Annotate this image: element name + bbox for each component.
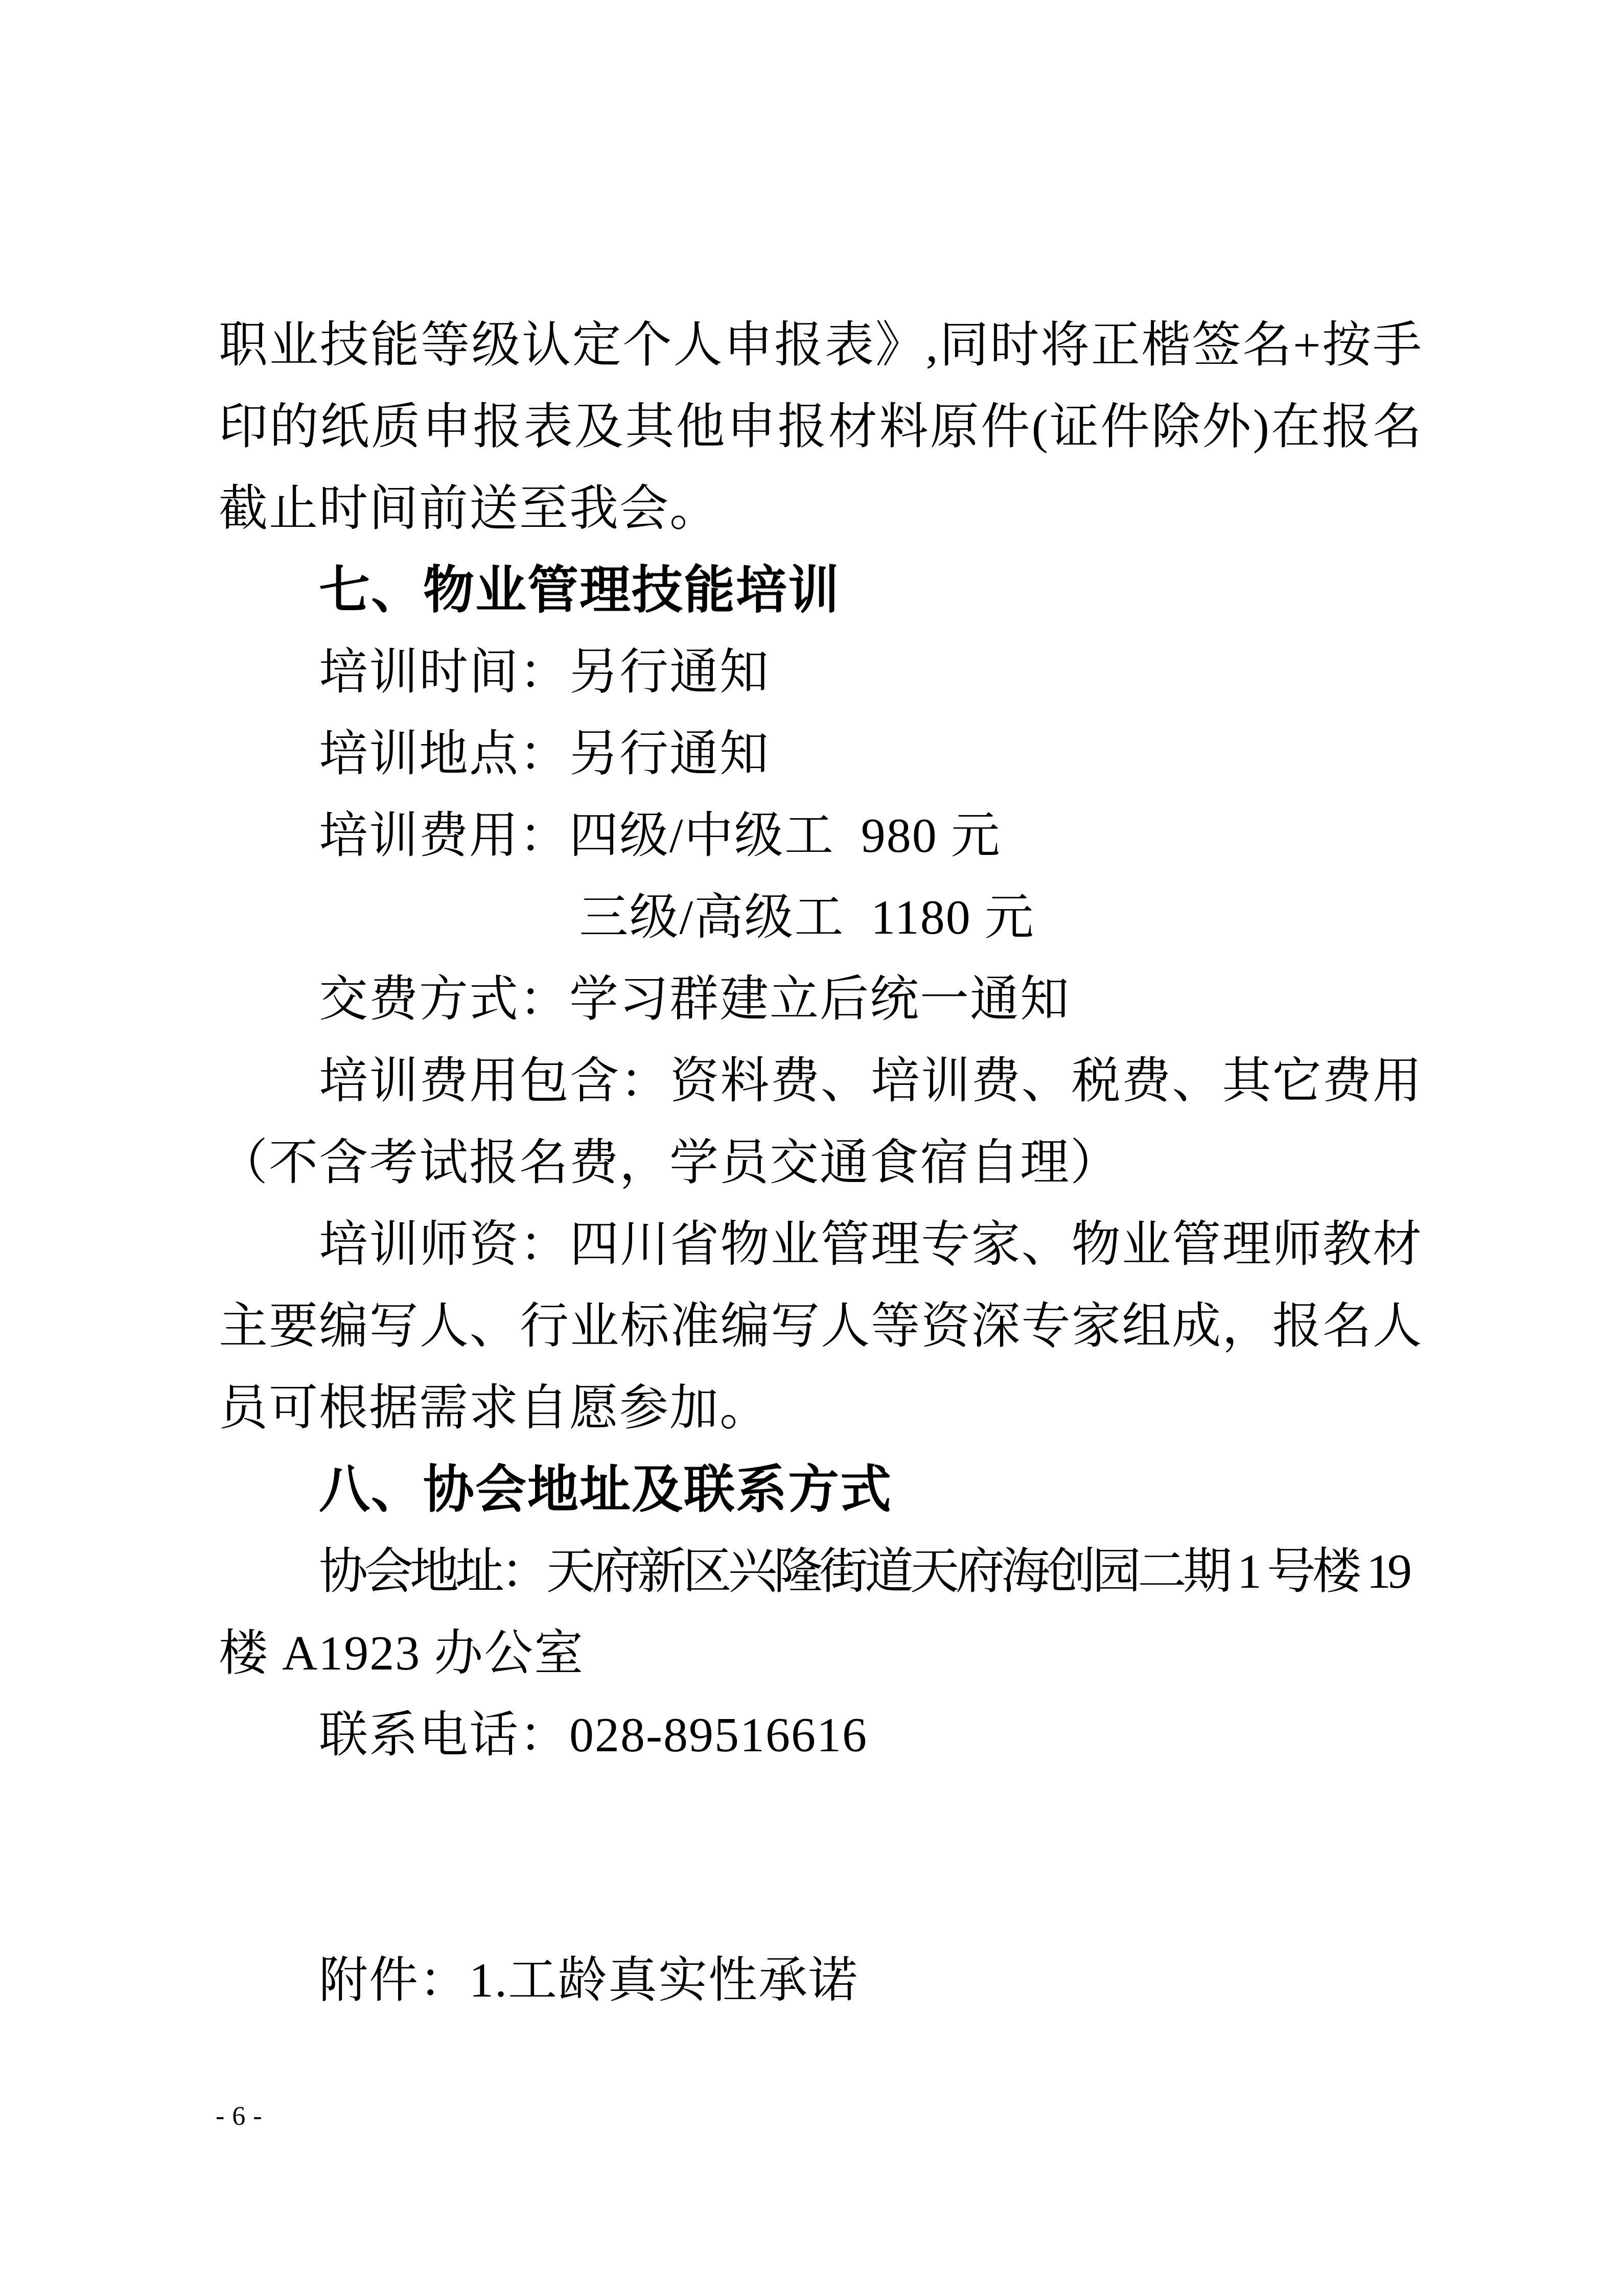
blank-line xyxy=(219,1776,1423,1858)
text-line: 楼 A1923 办公室 xyxy=(219,1612,1423,1694)
page-number: - 6 - xyxy=(216,2100,263,2133)
document-page: 职业技能等级认定个人申报表》,同时将正楷签名+按手印的纸质申报表及其他申报材料原… xyxy=(0,0,1623,2296)
section-heading: 八、协会地址及联系方式 xyxy=(219,1449,1423,1530)
text-line: （不含考试报名费，学员交通食宿自理） xyxy=(219,1122,1423,1203)
text-line: 协会地址：天府新区兴隆街道天府海创园二期 1 号楼 19 xyxy=(219,1530,1423,1612)
text-line: 培训费用包含：资料费、培训费、税费、其它费用 xyxy=(219,1040,1423,1122)
blank-line xyxy=(219,1858,1423,1939)
text-line: 职业技能等级认定个人申报表》,同时将正楷签名+按手 xyxy=(219,304,1423,386)
document-body: 职业技能等级认定个人申报表》,同时将正楷签名+按手印的纸质申报表及其他申报材料原… xyxy=(219,304,1423,2021)
text-line: 主要编写人、行业标准编写人等资深专家组成，报名人 xyxy=(219,1285,1423,1367)
text-line: 附件：1.工龄真实性承诺 xyxy=(219,1939,1423,2021)
section-heading: 七、物业管理技能培训 xyxy=(219,549,1423,631)
text-line: 培训时间：另行通知 xyxy=(219,631,1423,713)
text-line: 联系电话：028-89516616 xyxy=(219,1694,1423,1776)
text-line: 印的纸质申报表及其他申报材料原件(证件除外)在报名 xyxy=(219,386,1423,468)
text-line: 员可根据需求自愿参加。 xyxy=(219,1367,1423,1449)
text-line: 交费方式：学习群建立后统一通知 xyxy=(219,958,1423,1040)
text-line: 培训费用：四级/中级工 980 元 xyxy=(219,795,1423,876)
text-line: 培训师资：四川省物业管理专家、物业管理师教材 xyxy=(219,1203,1423,1285)
text-line: 三级/高级工 1180 元 xyxy=(219,876,1423,958)
text-line: 截止时间前送至我会。 xyxy=(219,468,1423,549)
text-line: 培训地点：另行通知 xyxy=(219,713,1423,795)
